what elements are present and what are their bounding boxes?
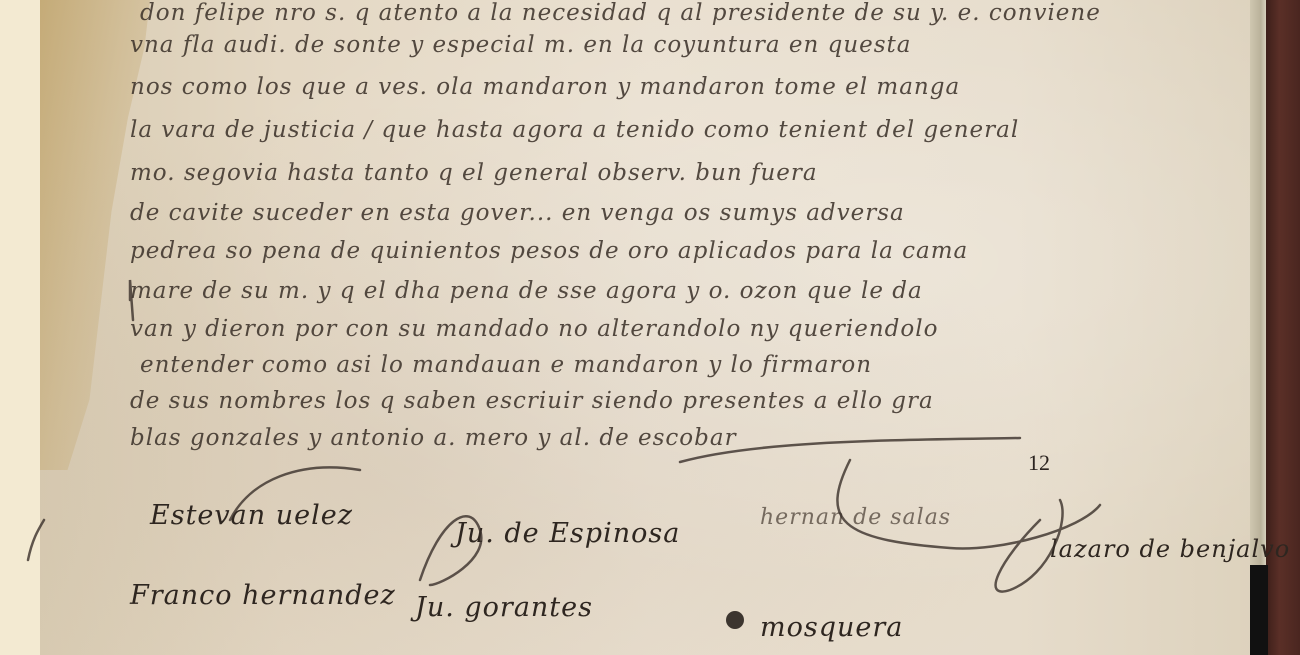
text-line: don felipe nro s. q atento a la necesida… <box>140 0 1101 26</box>
signature: Franco hernandez <box>130 580 396 611</box>
page-number: 12 <box>1028 450 1050 476</box>
text-line: mare de su m. y q el dha pena de sse ago… <box>130 278 923 304</box>
signature: Estevan uelez <box>150 500 353 531</box>
signature: mosquera <box>760 612 903 643</box>
text-line: entender como asi lo mandauan e mandaron… <box>140 352 872 378</box>
text-line: vna fla audi. de sonte y especial m. en … <box>130 32 912 58</box>
signature: Ju. de Espinosa <box>455 518 680 549</box>
text-line: mo. segovia hasta tanto q el general obs… <box>130 160 818 186</box>
text-line: blas gonzales y antonio a. mero y al. de… <box>130 425 737 451</box>
text-line: de sus nombres los q saben escriuir sien… <box>130 388 934 414</box>
signature: hernan de salas <box>760 505 951 530</box>
signature: lazaro de benjalvo <box>1050 535 1290 563</box>
text-line: van y dieron por con su mandado no alter… <box>130 316 938 342</box>
text-line: pedrea so pena de quinientos pesos de or… <box>130 238 968 264</box>
manuscript-text: don felipe nro s. q atento a la necesida… <box>0 0 1300 655</box>
text-line: la vara de justicia / que hasta agora a … <box>130 117 1019 143</box>
signature: Ju. gorantes <box>415 592 593 623</box>
text-line: nos como los que a ves. ola mandaron y m… <box>130 74 960 100</box>
text-line: de cavite suceder en esta gover... en ve… <box>130 200 905 226</box>
